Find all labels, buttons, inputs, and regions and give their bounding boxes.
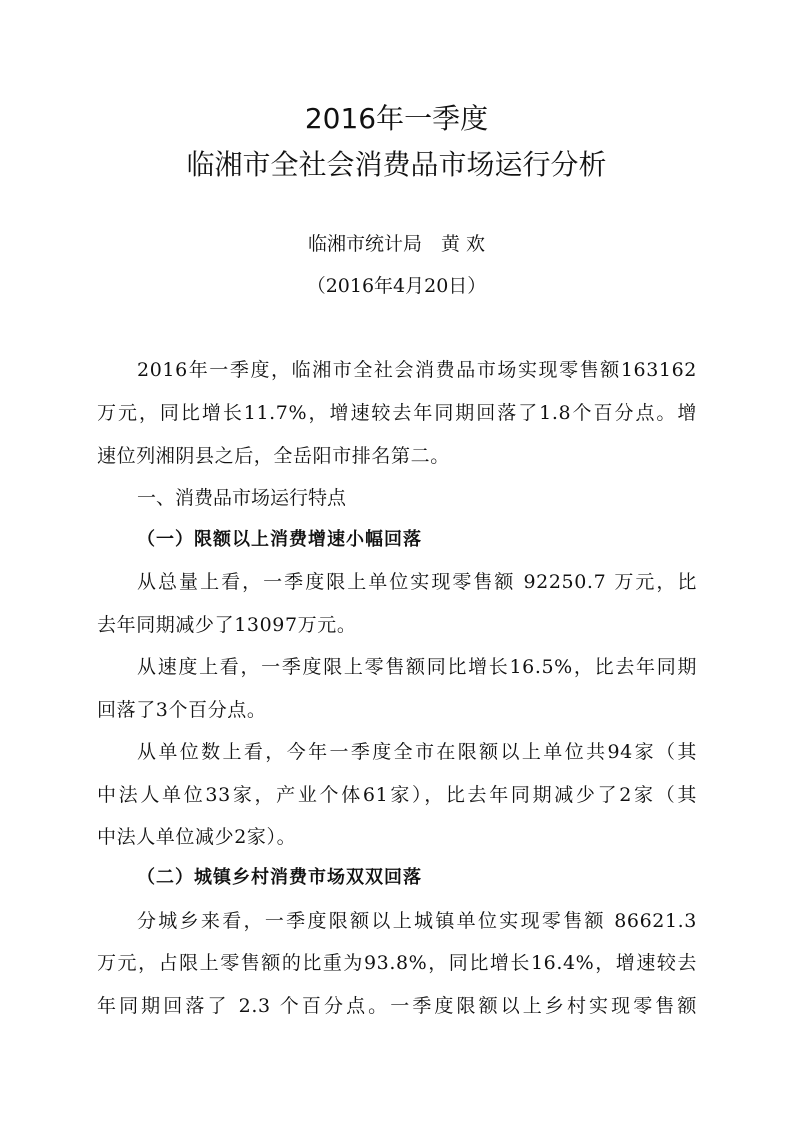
title-line-1: 2016年一季度 — [0, 97, 793, 137]
author-line: 临湘市统计局 黄 欢 — [0, 229, 793, 256]
paragraph-3-line-1: 从速度上看，一季度限上零售额同比增长16.5%，比去年同期 — [137, 652, 697, 679]
paragraph-4-line-3: 中法人单位减少2家）。 — [97, 822, 697, 849]
subsection-1-heading: （一）限额以上消费增速小幅回落 — [137, 525, 422, 551]
title-line-2: 临湘市全社会消费品市场运行分析 — [0, 143, 793, 183]
date-line: （2016年4月20日） — [0, 271, 793, 298]
paragraph-5-line-1: 分城乡来看，一季度限额以上城镇单位实现零售额 86621.3 — [137, 906, 697, 933]
paragraph-2-line-1: 从总量上看，一季度限上单位实现零售额 92250.7 万元，比 — [137, 567, 697, 594]
paragraph-4-line-1: 从单位数上看，今年一季度全市在限额以上单位共94家（其 — [137, 737, 697, 764]
paragraph-1-line-2: 万元，同比增长11.7%，增速较去年同期回落了1.8个百分点。增 — [97, 398, 697, 425]
paragraph-5-line-3: 年同期回落了 2.3 个百分点。一季度限额以上乡村实现零售额 — [97, 991, 697, 1018]
paragraph-1-line-3: 速位列湘阴县之后，全岳阳市排名第二。 — [97, 441, 697, 468]
subsection-2-heading: （二）城镇乡村消费市场双双回落 — [137, 863, 422, 889]
paragraph-1-line-1: 2016年一季度，临湘市全社会消费品市场实现零售额163162 — [137, 355, 697, 382]
paragraph-4-line-2: 中法人单位33家，产业个体61家），比去年同期减少了2家（其 — [97, 780, 697, 807]
paragraph-3-line-2: 回落了3个百分点。 — [97, 695, 697, 722]
section-1-heading: 一、消费品市场运行特点 — [137, 483, 346, 510]
paragraph-5-line-2: 万元，占限上零售额的比重为93.8%，同比增长16.4%，增速较去 — [97, 948, 697, 975]
paragraph-2-line-2: 去年同期减少了13097万元。 — [97, 610, 697, 637]
